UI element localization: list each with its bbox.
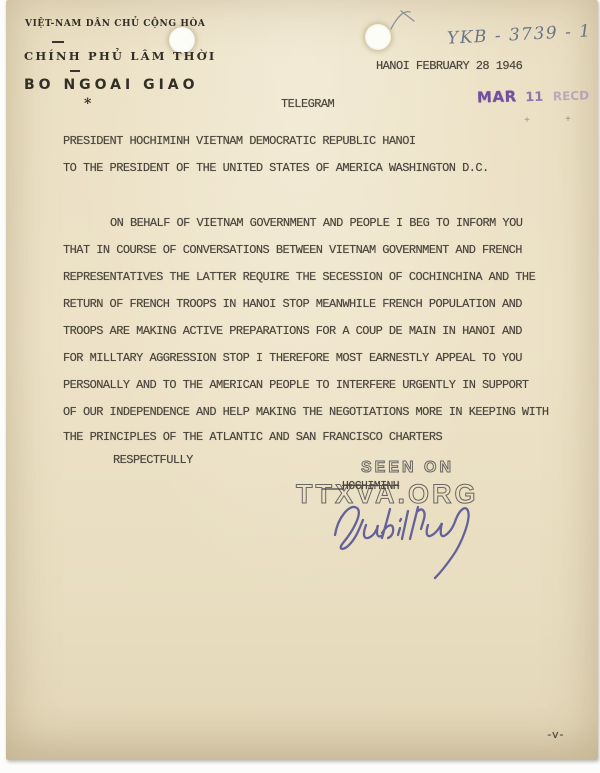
body-line: THAT IN COURSE OF CONVERSATIONS BETWEEN … <box>63 243 522 257</box>
letterhead-country: VIỆT-NAM DÂN CHỦ CỘNG HÒA <box>25 19 205 29</box>
stamp-month: MAR <box>477 87 517 106</box>
faint-plus-mark-2: + <box>565 115 571 126</box>
body-line: RETURN OF FRENCH TROOPS IN HANOI STOP ME… <box>63 297 522 311</box>
dateline: HANOI FEBRUARY 28 1946 <box>376 59 522 73</box>
pencil-squiggle-mark <box>388 5 420 33</box>
stamp-received-word: RECD <box>553 89 590 104</box>
body-line: REPRESENTATIVES THE LATTER REQUIRE THE S… <box>63 270 535 284</box>
address-from-line: PRESIDENT HOCHIMINH VIETNAM DEMOCRATIC R… <box>63 134 416 148</box>
body-line: TROOPS ARE MAKING ACTIVE PREPARATIONS FO… <box>63 324 522 338</box>
watermark-strike-line <box>322 488 344 490</box>
letterhead-divider-2 <box>70 70 80 72</box>
address-to-line: TO THE PRESIDENT OF THE UNITED STATES OF… <box>63 161 489 175</box>
watermark-seen-on: SEEN ON <box>361 459 454 477</box>
scanned-telegram-page: { "document": { "letterhead": { "line1":… <box>0 0 600 773</box>
letterhead-divider-1 <box>52 41 64 43</box>
page-number-mark: -v- <box>546 730 564 742</box>
body-line: OF OUR INDEPENDENCE AND HELP MAKING THE … <box>63 405 549 419</box>
hochiminh-signature <box>330 495 485 583</box>
letterhead-government: CHÍNH PHỦ LÂM THỜI <box>24 49 217 63</box>
body-line: FOR MILLTARY AGGRESSION STOP I THEREFORE… <box>63 351 522 365</box>
letterhead-asterisk: * <box>84 96 91 112</box>
closing-respectfully: RESPECTFULLY <box>113 453 193 467</box>
telegram-heading: TELEGRAM <box>281 97 334 111</box>
body-line: THE PRINCIPLES OF THE ATLANTIC AND SAN F… <box>63 430 442 444</box>
received-stamp: MAR 11 RECD <box>477 85 590 107</box>
letterhead-ministry: BO NGOAI GIAO <box>24 77 199 93</box>
body-line: ON BEHALF OF VIETNAM GOVERNMENT AND PEOP… <box>110 216 522 230</box>
body-line: PERSONALLY AND TO THE AMERICAN PEOPLE TO… <box>63 378 529 392</box>
typed-signature-name: HOCHIMINH <box>342 480 399 493</box>
faint-plus-mark-1: + <box>524 116 530 127</box>
stamp-day: 11 <box>525 90 543 105</box>
